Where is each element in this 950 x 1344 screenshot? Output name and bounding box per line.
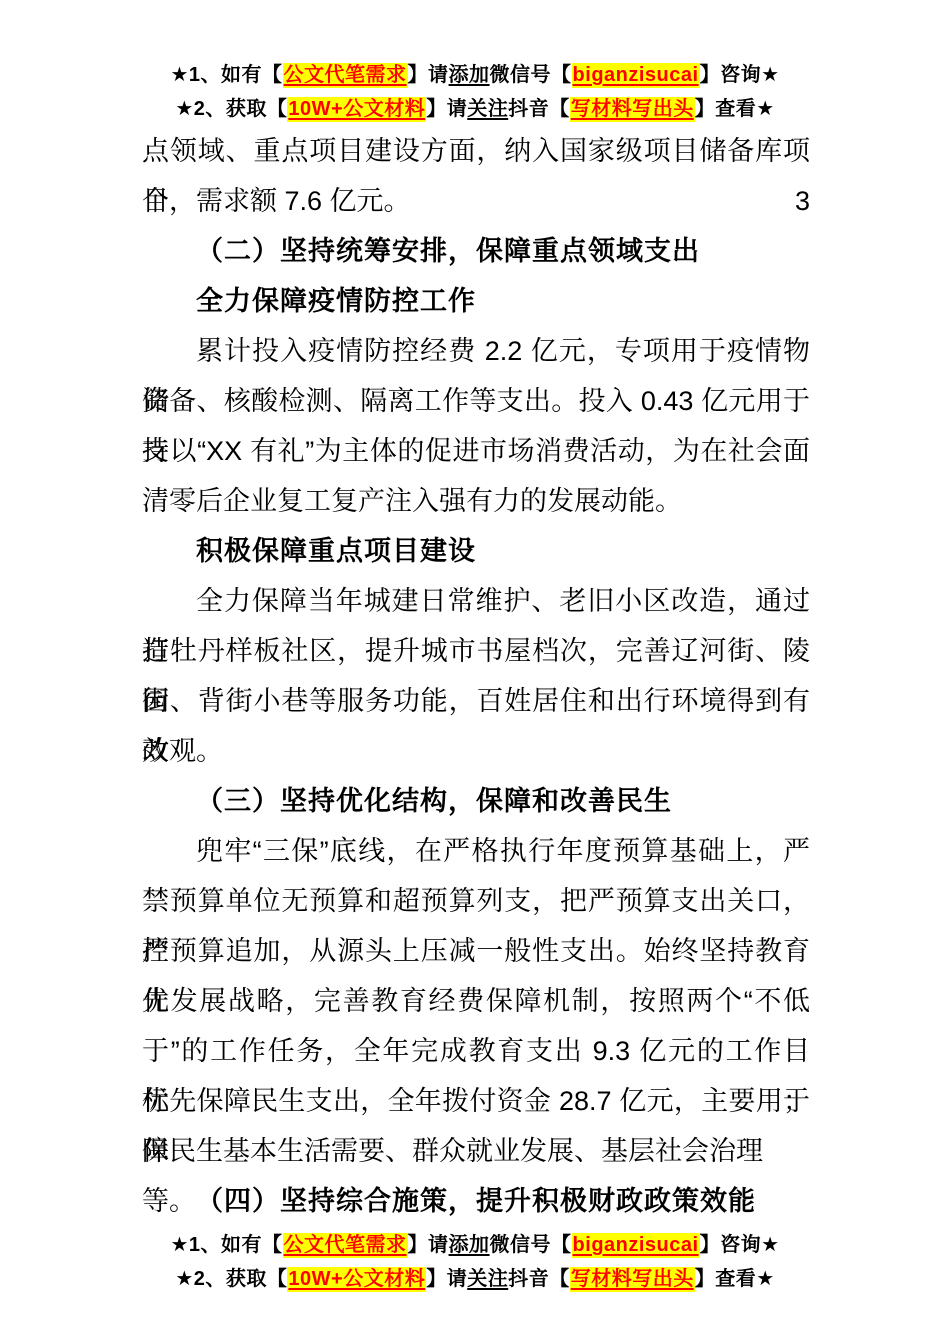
ad-text: 】请 xyxy=(426,1268,467,1290)
paragraph-line: 清零后企业复工复产注入强有力的发展动能。 xyxy=(142,476,810,526)
ad-text: 】咨询★ xyxy=(700,64,780,86)
paragraph-line: 点领域、重点项目建设方面，纳入国家级项目储备库项目 3 xyxy=(142,126,810,176)
paragraph-line: 优先保障民生支出，全年拨付资金 28.7 亿元，主要用于保 xyxy=(142,1076,810,1126)
ad-text: ★2、获取【 xyxy=(175,98,287,120)
paragraph-line: 禁预算单位无预算和超预算列支，把严预算支出关口，严 xyxy=(142,876,810,926)
ad-line: ★1、如有【公文代笔需求】请添加微信号【biganzisucai】咨询★ xyxy=(0,1228,950,1262)
ad-highlight-text: 公文代笔需求 xyxy=(283,1233,408,1258)
section-heading: （四）坚持综合施策，提升积极财政政策效能 xyxy=(142,1176,810,1226)
ad-text: 】查看★ xyxy=(695,98,775,120)
ad-line: ★2、获取【10W+公文材料】请关注抖音【写材料写出头】查看★ xyxy=(0,92,950,126)
ad-text: ★1、如有【 xyxy=(170,1234,282,1256)
paragraph-line: 持以“XX 有礼”为主体的促进市场消费活动，为在社会面 xyxy=(142,426,810,476)
ad-text: 抖音【 xyxy=(508,98,570,120)
ad-banner-top: ★1、如有【公文代笔需求】请添加微信号【biganzisucai】咨询★★2、获… xyxy=(0,0,950,126)
section-heading: 积极保障重点项目建设 xyxy=(142,526,810,576)
paragraph-line: 累计投入疫情防控经费 2.2 亿元，专项用于疫情物资 xyxy=(142,326,810,376)
ad-underlined-text: 关注 xyxy=(467,1268,508,1290)
paragraph-line: 控预算追加，从源头上压减一般性支出。始终坚持教育优 xyxy=(142,926,810,976)
paragraph-line: 全力保障当年城建日常维护、老旧小区改造，通过打 xyxy=(142,576,810,626)
paragraph-line: 障民生基本生活需要、群众就业发展、基层社会治理等。 xyxy=(142,1126,810,1176)
ad-text: ★2、获取【 xyxy=(175,1268,287,1290)
ad-text: 】请 xyxy=(408,1234,449,1256)
ad-line: ★2、获取【10W+公文材料】请关注抖音【写材料写出头】查看★ xyxy=(0,1262,950,1296)
ad-text: ★1、如有【 xyxy=(170,64,282,86)
paragraph-line: 储备、核酸检测、隔离工作等支出。投入 0.43 亿元用于支 xyxy=(142,376,810,426)
ad-underlined-text: 添加 xyxy=(449,1234,490,1256)
paragraph-line: 改观。 xyxy=(142,726,810,776)
ad-text: 抖音【 xyxy=(508,1268,570,1290)
paragraph-line: 先发展战略，完善教育经费保障机制，按照两个“不低 xyxy=(142,976,810,1026)
paragraph-line: 于”的工作任务，全年完成教育支出 9.3 亿元的工作目标； xyxy=(142,1026,810,1076)
ad-text: 】请 xyxy=(426,98,467,120)
ad-highlight-text: 公文代笔需求 xyxy=(283,63,408,88)
section-heading: 全力保障疫情防控工作 xyxy=(142,276,810,326)
document-body: 点领域、重点项目建设方面，纳入国家级项目储备库项目 3个，需求额 7.6 亿元。… xyxy=(142,126,810,1226)
paragraph-line: 造牡丹样板社区，提升城市书屋档次，完善辽河街、陵园 xyxy=(142,626,810,676)
paragraph-line: 兜牢“三保”底线，在严格执行年度预算基础上，严 xyxy=(142,826,810,876)
ad-highlight-text: 写材料写出头 xyxy=(570,97,695,122)
ad-highlight-text: biganzisucai xyxy=(572,63,700,88)
ad-line: ★1、如有【公文代笔需求】请添加微信号【biganzisucai】咨询★ xyxy=(0,58,950,92)
section-heading: （三）坚持优化结构，保障和改善民生 xyxy=(142,776,810,826)
ad-highlight-text: 10W+公文材料 xyxy=(287,1267,426,1292)
ad-highlight-text: biganzisucai xyxy=(572,1233,700,1258)
document-page: ★1、如有【公文代笔需求】请添加微信号【biganzisucai】咨询★★2、获… xyxy=(0,0,950,1344)
ad-text: 微信号【 xyxy=(490,64,572,86)
ad-underlined-text: 关注 xyxy=(467,98,508,120)
ad-text: 微信号【 xyxy=(490,1234,572,1256)
ad-banner-bottom: ★1、如有【公文代笔需求】请添加微信号【biganzisucai】咨询★★2、获… xyxy=(0,1226,950,1296)
ad-highlight-text: 写材料写出头 xyxy=(570,1267,695,1292)
ad-highlight-text: 10W+公文材料 xyxy=(287,97,426,122)
ad-underlined-text: 添加 xyxy=(449,64,490,86)
section-heading: （二）坚持统筹安排，保障重点领域支出 xyxy=(142,226,810,276)
ad-text: 】咨询★ xyxy=(700,1234,780,1256)
ad-text: 】请 xyxy=(408,64,449,86)
paragraph-line: 街、背街小巷等服务功能，百姓居住和出行环境得到有效 xyxy=(142,676,810,726)
ad-text: 】查看★ xyxy=(695,1268,775,1290)
